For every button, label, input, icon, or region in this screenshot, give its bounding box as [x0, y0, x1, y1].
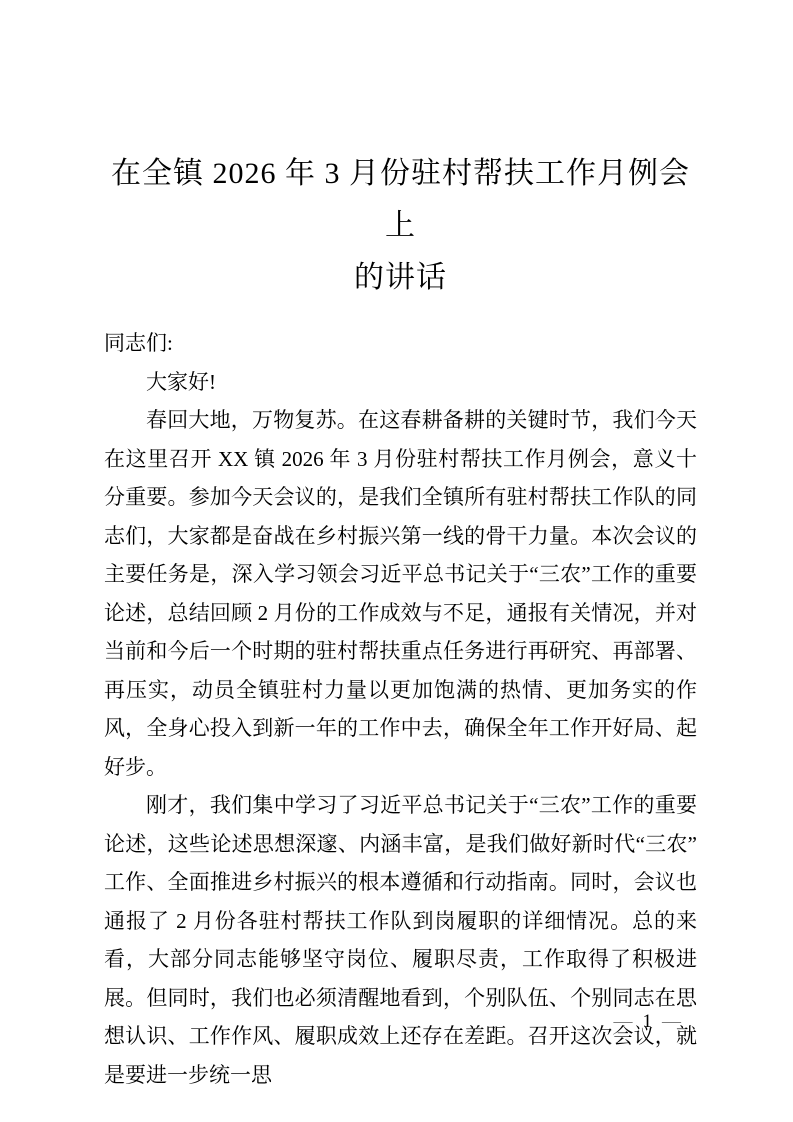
document-title-line-1: 在全镇 2026 年 3 月份驻村帮扶工作月例会上 [104, 148, 697, 252]
document-page: 在全镇 2026 年 3 月份驻村帮扶工作月例会上 的讲话 同志们: 大家好! … [0, 0, 793, 1122]
document-title-line-2: 的讲话 [104, 252, 697, 304]
document-body: 同志们: 大家好! 春回大地，万物复苏。在这春耕备耕的关键时节，我们今天在这里召… [104, 324, 697, 1094]
document-title: 在全镇 2026 年 3 月份驻村帮扶工作月例会上 的讲话 [104, 148, 697, 304]
paragraph-review: 刚才，我们集中学习了习近平总书记关于“三农”工作的重要论述，这些论述思想深邃、内… [104, 786, 697, 1094]
footer-dash-right: — [662, 1011, 681, 1032]
footer-dash-left: — [614, 1011, 633, 1032]
paragraph-greeting: 大家好! [104, 363, 697, 402]
paragraph-opening: 春回大地，万物复苏。在这春耕备耕的关键时节，我们今天在这里召开 XX 镇 202… [104, 401, 697, 786]
page-number: 1 [643, 1011, 653, 1032]
page-footer: —1— [614, 1008, 682, 1036]
salutation: 同志们: [104, 324, 697, 363]
